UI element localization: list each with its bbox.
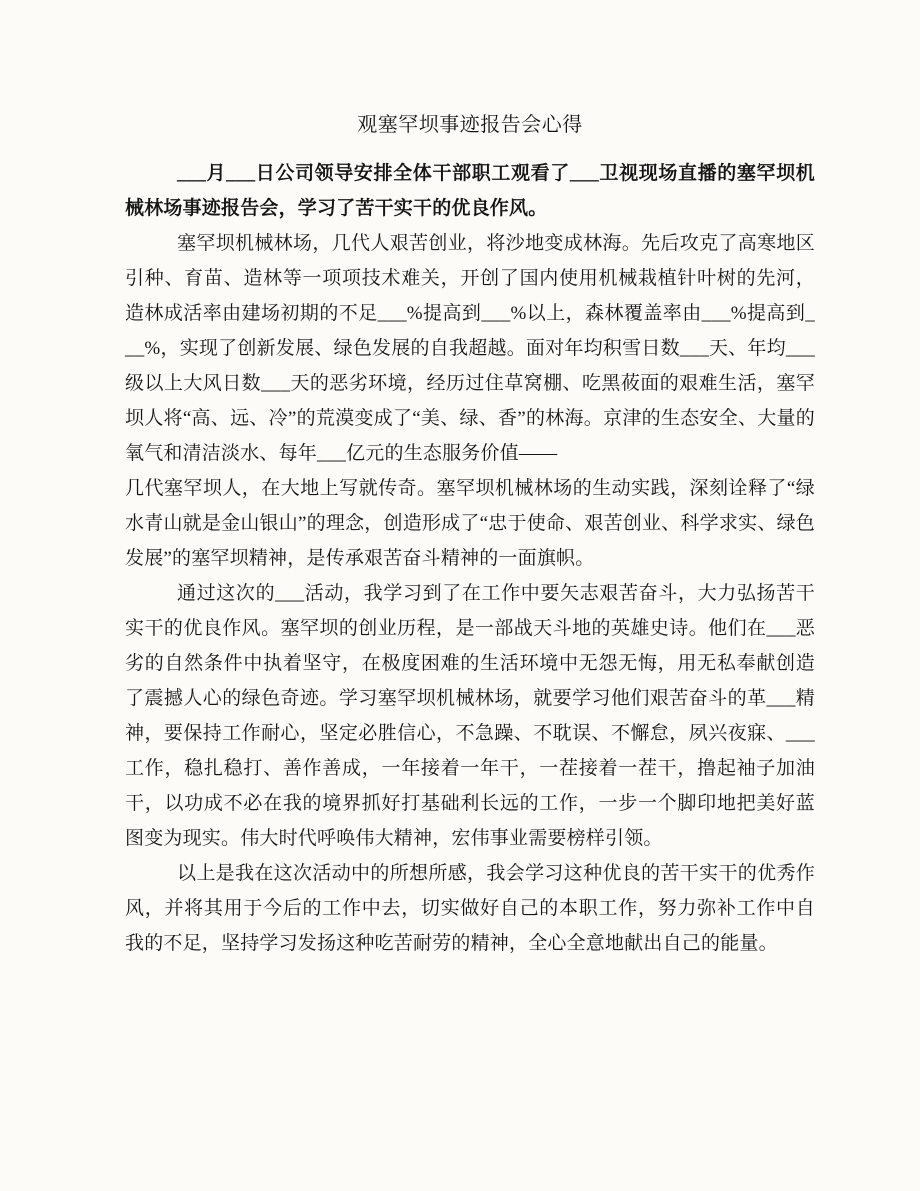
paragraph-lessons-learned: 通过这次的___活动，我学习到了在工作中要矢志艰苦奋斗，大力弘扬苦干实干的优良作… xyxy=(125,576,815,856)
paragraph-conclusion: 以上是我在这次活动中的所想所感，我会学习这种优良的苦干实干的优秀作风，并将其用于… xyxy=(125,856,815,961)
paragraph-saihanba-spirit: 几代塞罕坝人，在大地上写就传奇。塞罕坝机械林场的生动实践，深刻诠释了“绿水青山就… xyxy=(125,471,815,576)
paragraph-saihanba-history: 塞罕坝机械林场，几代人艰苦创业，将沙地变成林海。先后攻克了高寒地区引种、育苗、造… xyxy=(125,226,815,471)
paragraph-lead: ___月___日公司领导安排全体干部职工观看了___卫视现场直播的塞罕坝机械林场… xyxy=(125,156,815,226)
document-page: 观塞罕坝事迹报告会心得 ___月___日公司领导安排全体干部职工观看了___卫视… xyxy=(0,0,920,1191)
document-content: 观塞罕坝事迹报告会心得 ___月___日公司领导安排全体干部职工观看了___卫视… xyxy=(125,109,815,961)
document-title: 观塞罕坝事迹报告会心得 xyxy=(125,109,815,141)
